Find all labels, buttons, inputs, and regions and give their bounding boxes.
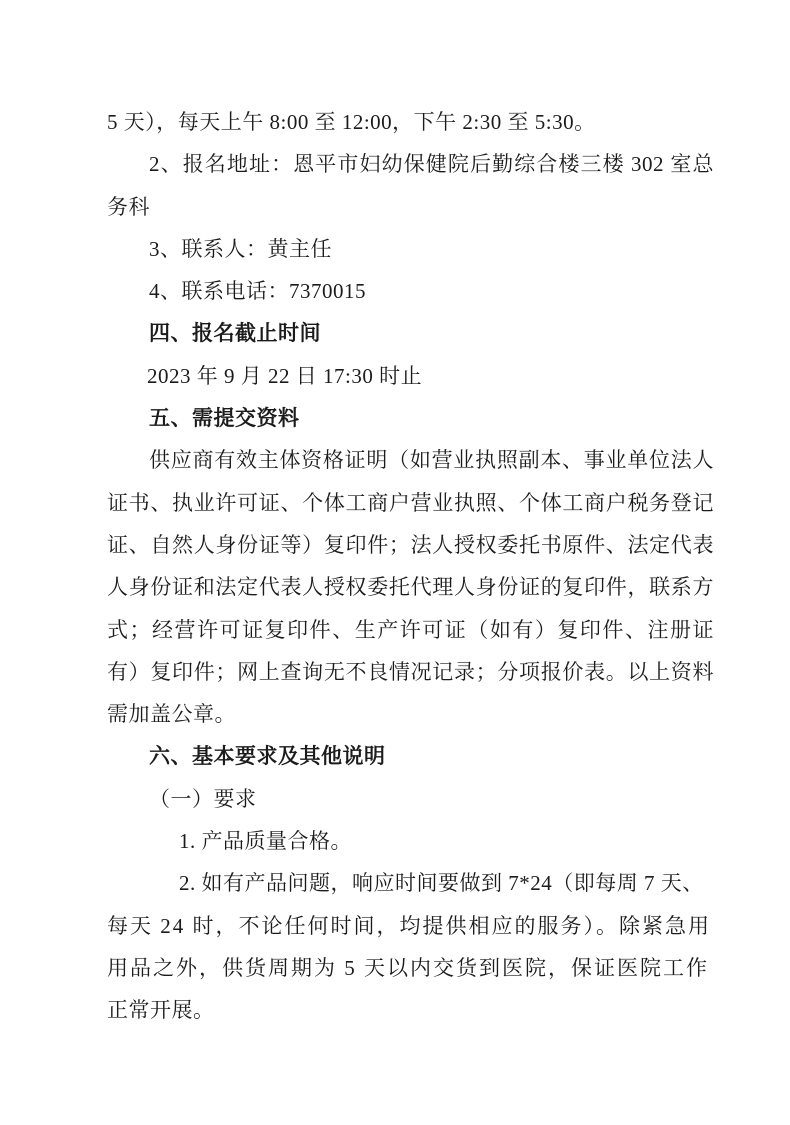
text-line: 1. 产品质量合格。 [107,820,714,862]
text-line: 用品之外，供货周期为 5 天以内交货到医院，保证医院工作 [107,947,714,989]
text-line: 证、自然人身份证等）复印件；法人授权委托书原件、法定代表 [107,524,714,566]
text-line: 3、联系人：黄主任 [107,228,714,270]
document-page: 5 天），每天上午 8:00 至 12:00，下午 2:30 至 5:30。2、… [0,0,790,1125]
text-line: （一）要求 [107,778,714,820]
text-line: 2、报名地址：恩平市妇幼保健院后勤综合楼三楼 302 室总 [107,143,714,185]
text-line: 正常开展。 [107,989,714,1031]
text-line: 四、报名截止时间 [107,312,714,354]
text-line: 4、联系电话：7370015 [107,270,714,312]
text-line: 六、基本要求及其他说明 [107,735,714,777]
text-line: 需加盖公章。 [107,693,714,735]
text-line: 5 天），每天上午 8:00 至 12:00，下午 2:30 至 5:30。 [107,101,714,143]
text-line: 人身份证和法定代表人授权委托代理人身份证的复印件，联系方 [107,566,714,608]
text-line: 2023 年 9 月 22 日 17:30 时止 [107,355,714,397]
text-line: 每天 24 时，不论任何时间，均提供相应的服务）。除紧急用 [107,905,714,947]
document-text-block: 5 天），每天上午 8:00 至 12:00，下午 2:30 至 5:30。2、… [107,101,714,1032]
text-line: 证书、执业许可证、个体工商户营业执照、个体工商户税务登记 [107,482,714,524]
text-line: 五、需提交资料 [107,397,714,439]
text-line: 务科 [107,186,714,228]
text-line: 2. 如有产品问题，响应时间要做到 7*24（即每周 7 天、 [107,862,714,904]
text-line: 供应商有效主体资格证明（如营业执照副本、事业单位法人 [107,439,714,481]
text-line: 式；经营许可证复印件、生产许可证（如有）复印件、注册证（如 [107,609,714,651]
text-line: 有）复印件；网上查询无不良情况记录；分项报价表。以上资料 [107,651,714,693]
